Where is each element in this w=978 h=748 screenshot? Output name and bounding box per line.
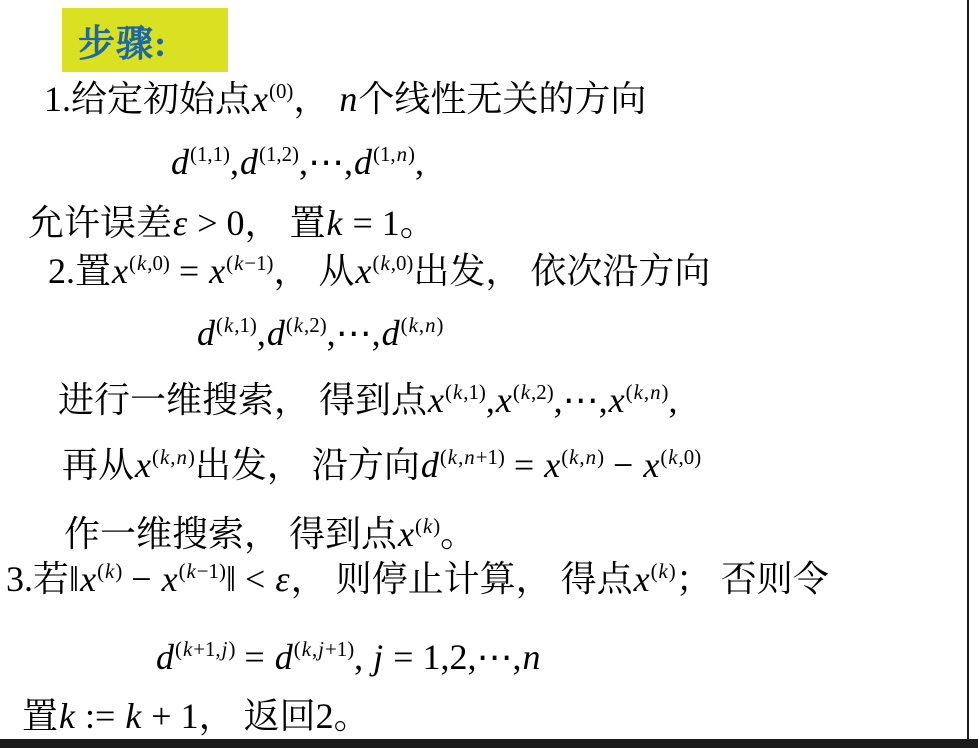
- math-variable: n: [424, 313, 436, 337]
- math-variable: x: [251, 79, 269, 119]
- math-variable: ε: [172, 203, 188, 243]
- math-variable: k: [658, 559, 669, 583]
- math-variable: n: [521, 637, 541, 677]
- math-variable: x: [633, 559, 651, 599]
- math-superscript: (0): [269, 79, 293, 103]
- math-superscript: (k,n): [561, 445, 604, 469]
- math-variable: n: [585, 445, 597, 469]
- title-highlight-box: 步骤:: [62, 8, 228, 72]
- step1-direction-formula: d(1,1),d(1,2),⋯,d(1,n),: [170, 140, 424, 185]
- math-variable: k: [301, 637, 312, 661]
- math-variable: k: [124, 696, 142, 736]
- math-variable: j: [317, 637, 325, 661]
- math-superscript: (k,2): [286, 313, 327, 337]
- step1-text-line: 1.给定初始点x(0)， n个线性无关的方向: [44, 77, 646, 122]
- math-variable: k: [379, 251, 390, 275]
- step2-newdirection-line: 再从x(k,n)出发， 沿方向d(k,n+1) = x(k,n) − x(k,0…: [62, 443, 701, 488]
- math-superscript: (k,j+1): [294, 637, 354, 661]
- math-superscript: (k,n): [152, 445, 195, 469]
- math-variable: d: [274, 637, 294, 677]
- step3-update-formula: d(k+1,j) = d(k,j+1), j = 1,2,⋯,n: [155, 635, 541, 680]
- math-variable: x: [79, 559, 97, 599]
- math-variable: k: [58, 696, 76, 736]
- math-variable: x: [543, 445, 561, 485]
- math-variable: x: [161, 559, 179, 599]
- math-variable: k: [520, 380, 531, 404]
- math-superscript: (1,2): [259, 142, 299, 166]
- math-superscript: (k,n+1): [440, 445, 505, 469]
- math-variable: k: [568, 445, 579, 469]
- math-variable: j: [221, 637, 229, 661]
- math-variable: k: [408, 313, 419, 337]
- math-superscript: (k+1,j): [175, 637, 235, 661]
- math-variable: d: [170, 142, 190, 182]
- math-variable: x: [355, 251, 373, 291]
- math-variable: k: [422, 514, 433, 538]
- math-variable: d: [353, 142, 373, 182]
- math-superscript: (k): [415, 514, 440, 538]
- math-variable: k: [452, 380, 463, 404]
- math-superscript: (k,1): [216, 313, 257, 337]
- math-superscript: (1,1): [190, 142, 230, 166]
- math-variable: d: [196, 313, 216, 353]
- math-variable: n: [463, 445, 475, 469]
- math-superscript: (1,n): [373, 142, 415, 166]
- math-variable: k: [182, 637, 193, 661]
- math-superscript: (k): [97, 559, 122, 583]
- math-superscript: (k,2): [513, 380, 554, 404]
- math-variable: n: [396, 142, 408, 166]
- math-variable: k: [326, 203, 344, 243]
- math-variable: k: [293, 313, 304, 337]
- math-variable: x: [208, 251, 226, 291]
- math-variable: k: [186, 559, 197, 583]
- step2-text-line: 2.置x(k,0) = x(k−1)， 从x(k,0)出发， 依次沿方向: [48, 249, 710, 294]
- step3-return-line: 置k := k + 1， 返回2。: [22, 694, 370, 739]
- math-variable: n: [175, 445, 187, 469]
- math-variable: x: [111, 251, 129, 291]
- math-superscript: (k,1): [445, 380, 486, 404]
- math-variable: n: [649, 380, 661, 404]
- math-variable: k: [667, 445, 678, 469]
- math-variable: d: [239, 142, 259, 182]
- step1-tolerance-line: 允许误差ε > 0， 置k = 1。: [28, 201, 436, 246]
- math-variable: n: [338, 79, 358, 119]
- math-variable: k: [104, 559, 115, 583]
- math-variable: k: [136, 251, 147, 275]
- step2-search-line: 进行一维搜索， 得到点x(k,1),x(k,2),⋯,x(k,n),: [58, 378, 677, 423]
- math-variable: d: [155, 637, 175, 677]
- math-superscript: (k,n): [401, 313, 444, 337]
- math-variable: k: [233, 251, 244, 275]
- math-variable: x: [495, 380, 513, 420]
- math-variable: x: [642, 445, 660, 485]
- math-superscript: (k): [651, 559, 676, 583]
- math-superscript: (k,0): [373, 251, 414, 275]
- slide: 步骤: 1.给定初始点x(0)， n个线性无关的方向 d(1,1),d(1,2)…: [0, 0, 978, 748]
- math-variable: k: [223, 313, 234, 337]
- math-variable: d: [266, 313, 286, 353]
- step2-result-line: 作一维搜索， 得到点x(k)。: [64, 512, 476, 557]
- step3-stop-criterion-line: 3.若‖x(k) − x(k−1)‖ < ε， 则停止计算， 得点x(k)； 否…: [6, 557, 829, 602]
- math-variable: d: [420, 445, 440, 485]
- math-superscript: (k,0): [660, 445, 701, 469]
- math-variable: x: [608, 380, 626, 420]
- math-variable: ε: [274, 559, 290, 599]
- slide-right-edge-line: [967, 0, 969, 740]
- step2-direction-formula: d(k,1),d(k,2),⋯,d(k,n): [196, 311, 443, 356]
- bottom-black-bar: [0, 739, 978, 748]
- page-title: 步骤:: [78, 13, 167, 67]
- math-superscript: (k−1): [226, 251, 273, 275]
- math-variable: j: [372, 637, 384, 677]
- math-variable: k: [159, 445, 170, 469]
- math-variable: k: [633, 380, 644, 404]
- math-superscript: (k,n): [626, 380, 669, 404]
- math-variable: x: [427, 380, 445, 420]
- math-variable: d: [381, 313, 401, 353]
- math-variable: x: [397, 514, 415, 554]
- math-variable: k: [447, 445, 458, 469]
- math-superscript: (k−1): [179, 559, 226, 583]
- math-variable: x: [134, 445, 152, 485]
- math-superscript: (k,0): [129, 251, 170, 275]
